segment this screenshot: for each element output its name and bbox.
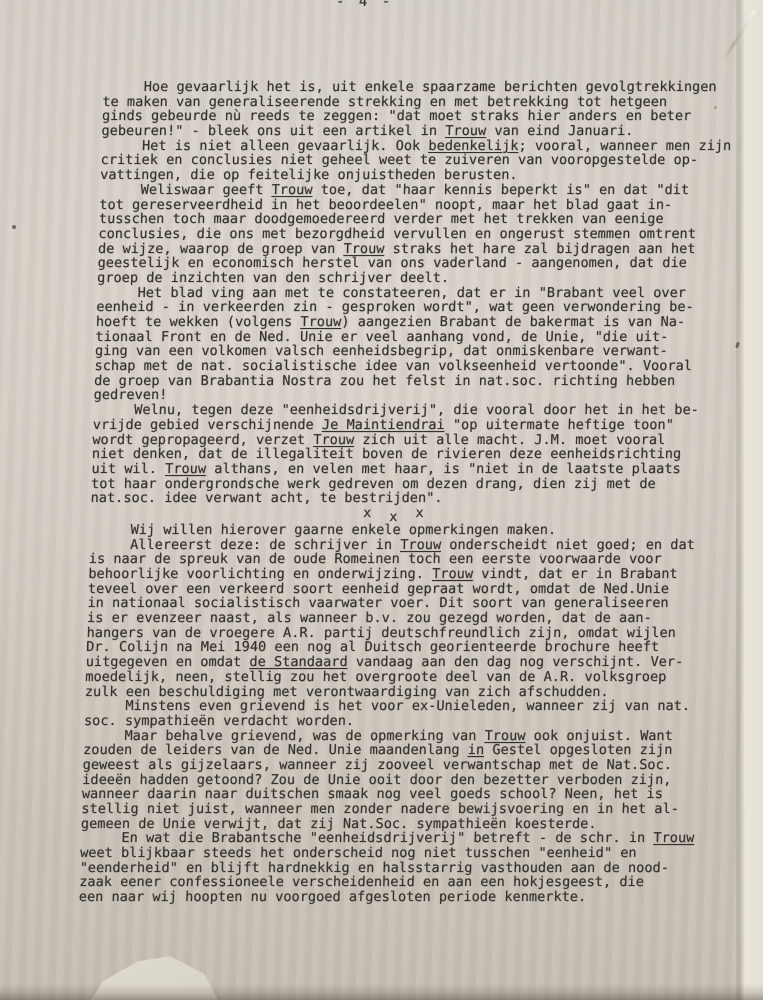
text-line: eenheid - in verkeerden zin - gesproken …: [96, 300, 756, 315]
paper-speck: [12, 225, 16, 229]
text-line: geweest als gijzelaars, wanneer zij zoov…: [82, 758, 742, 773]
text-line: is er evenzeer naast, als wanneer b.v. z…: [87, 611, 747, 626]
text-line: Minstens even grievend is het voor ex-Un…: [84, 699, 744, 714]
text-line: hoeft te wekken (volgens Trouw) aangezie…: [96, 315, 756, 330]
text-line: tionaal Front en de Ned. Unie er veel aa…: [95, 330, 755, 345]
divider-mark: x: [389, 510, 398, 525]
text-line: Allereerst deze: de schrijver in Trouw o…: [89, 538, 749, 553]
text-line: ging van een volkomen valsch eenheidsbeg…: [95, 344, 755, 359]
text-line: tot gereserveerdheid in het beoordeelen"…: [99, 198, 759, 213]
text-line: stellig niet juist, wanneer men zonder n…: [81, 802, 741, 817]
divider-mark: x: [363, 506, 372, 521]
text-line: En wat die Brabantsche "eenheidsdrijveri…: [80, 831, 740, 846]
paper-bottom-shadow: [0, 984, 763, 1000]
text-line: gemeen de Unie verwijt, dat zij Nat.Soc.…: [81, 817, 741, 832]
text-line: de groep van Brabantia Nostra zou het fe…: [94, 374, 754, 389]
text-line: critiek en conclusies niet geheel weet t…: [100, 153, 760, 168]
text-line: soc. sympathieën verdacht worden.: [84, 714, 744, 729]
text-line: nat.soc. idee verwant acht, te bestrijde…: [90, 491, 750, 506]
text-line: tot haar ondergrondsche werk gedreven om…: [91, 477, 751, 492]
text-line: ideeën hadden getoond? Zou de Unie ooit …: [82, 773, 742, 788]
text-line: uit wil. Trouw althans, en velen met haa…: [91, 462, 751, 477]
document-body: Hoe gevaarlijk het is, uit enkele spaarz…: [79, 80, 763, 905]
text-line: zouden de leiders van de Ned. Unie maand…: [83, 743, 743, 758]
text-line: een naar wij hoopten nu voorgoed afgeslo…: [79, 890, 739, 905]
text-line: hangers van de vroegere A.R. partij deut…: [86, 626, 746, 641]
text-line: tusschen toch maar doodgemoedereerd verd…: [99, 212, 759, 227]
text-line: moedelijk, neen, stellig zou het overgro…: [85, 670, 745, 685]
text-line: niet denken, dat de illegaliteit boven d…: [92, 447, 752, 462]
page-number: - 4 -: [336, 0, 393, 10]
text-line: Welnu, tegen deze "eenheidsdrijverij", d…: [93, 403, 753, 418]
text-line: uitgegeven en omdat de Standaard vandaag…: [85, 655, 745, 670]
text-line: gedreven!: [93, 388, 753, 403]
section-divider: xxx: [90, 506, 751, 523]
text-line: groep de inzichten van den schrijver dee…: [97, 271, 757, 286]
text-line: de wijze, waarop de groep van Trouw stra…: [98, 242, 758, 257]
text-line: vattingen, die op feitelijke onjuisthede…: [100, 168, 760, 183]
text-line: vrijde gebied verschijnende Je Maintiend…: [93, 418, 753, 433]
text-line: in nationaal socialistisch vaarwater voe…: [87, 596, 747, 611]
text-line: zulk een beschuldiging met verontwaardig…: [85, 685, 745, 700]
text-line: gebeuren!" - bleek ons uit een artikel i…: [101, 124, 761, 139]
text-line: Het is niet alleen gevaarlijk. Ook beden…: [101, 139, 761, 154]
text-line: Dr. Colijn na Mei 1940 een nog al Duitsc…: [86, 640, 746, 655]
text-line: Maar behalve grievend, was de opmerking …: [83, 729, 743, 744]
text-line: Weliswaar geeft Trouw toe, dat "haar ken…: [100, 183, 760, 198]
text-line: Hoe gevaarlijk het is, uit enkele spaarz…: [103, 80, 763, 95]
text-line: Wij willen hierover gaarne enkele opmerk…: [89, 523, 749, 538]
text-line: ginds gebeurde nù reeds te zeggen: "dat …: [102, 109, 762, 124]
text-line: "eenderheid" en blijft hardnekkig en hal…: [79, 861, 739, 876]
scanned-document-page: - 4 - Hoe gevaarlijk het is, uit enkele …: [0, 0, 763, 1000]
text-line: is naar de spreuk van de oude Romeinen t…: [89, 552, 749, 567]
text-line: geestelijk en economisch herstel van ons…: [97, 256, 757, 271]
text-line: wordt gepropageerd, verzet Trouw zich ui…: [92, 433, 752, 448]
text-line: weet blijkbaar steeds het onderscheid no…: [80, 846, 740, 861]
text-line: Het blad ving aan met te constateeren, d…: [96, 286, 756, 301]
text-line: zaak eener confessioneele verscheidenhei…: [79, 875, 739, 890]
text-line: conclusies, die ons met bezorgdheid verv…: [98, 227, 758, 242]
text-line: schap met de nat. socialistische idee va…: [94, 359, 754, 374]
text-line: behoorlijke voorlichting en onderwijzing…: [88, 567, 748, 582]
text-line: teveel over een verkeerd soort eenheid g…: [88, 582, 748, 597]
divider-mark: x: [415, 506, 424, 521]
text-line: wanneer daarin naar duitschen smaak nog …: [82, 787, 742, 802]
